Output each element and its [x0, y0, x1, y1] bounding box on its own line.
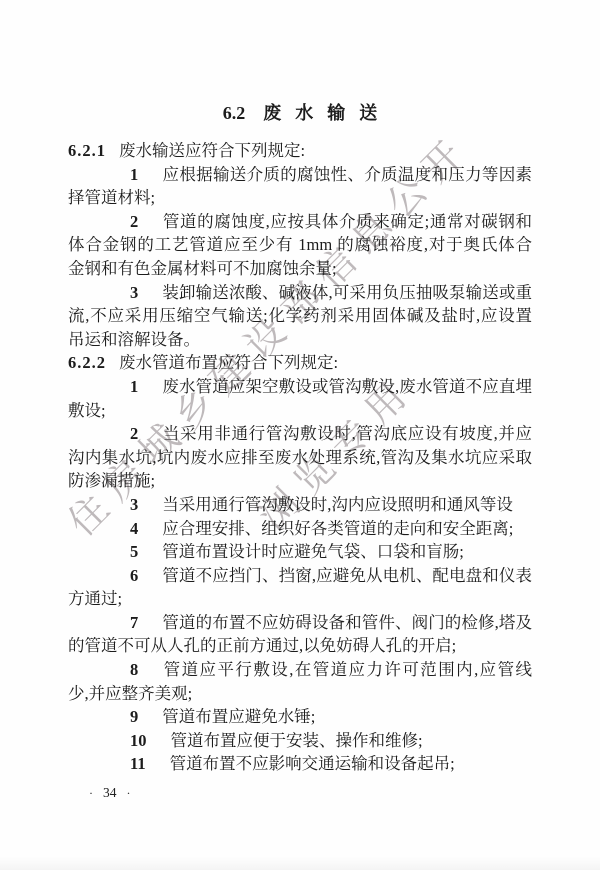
line-text: 管道布置设计时应避免气袋、口袋和盲肠;: [162, 542, 464, 561]
item-number: 10: [130, 731, 147, 750]
item-line: 4应合理安排、组织好各类管道的走向和安全距离;: [68, 517, 532, 541]
item-line: 8管道应平行敷设,在管道应力许可范围内,应管线短、管件: [68, 658, 532, 682]
line-text: 废水管道应架空敷设或管沟敷设,废水管道不应直埋: [162, 377, 532, 396]
item-number: 1: [130, 165, 138, 184]
item-line: 3当采用通行管沟敷设时,沟内应设照明和通风等设施;: [68, 493, 532, 517]
item-number: 4: [130, 519, 138, 538]
clause-number: 6.2.1: [68, 141, 106, 160]
clause-line: 6.2.2废水管道布置应符合下列规定:: [68, 351, 532, 375]
continuation-line: 金钢和有色金属材料可不加腐蚀余量;: [68, 257, 532, 281]
footer-dot-right: ·: [127, 786, 131, 800]
line-text: 方通过;: [68, 589, 122, 608]
page-footer: ·34·: [84, 785, 136, 801]
scanned-document-page: 住房城乡建设部信息公开 浏览专用 6.2废水输送 6.2.1废水输送应符合下列规…: [0, 0, 600, 870]
item-number: 2: [130, 424, 138, 443]
continuation-line: 少,并应整齐美观;: [68, 682, 532, 706]
clause-number: 6.2.2: [68, 353, 106, 372]
continuation-line: 防渗漏措施;: [68, 469, 532, 493]
line-text: 金钢和有色金属材料可不加腐蚀余量;: [68, 259, 337, 278]
item-line: 9管道布置应避免水锤;: [68, 705, 532, 729]
item-number: 11: [130, 754, 146, 773]
continuation-line: 方通过;: [68, 587, 532, 611]
line-text: 管道的腐蚀度,应按具体介质来确定;通常对碳钢和铁素: [130, 212, 532, 234]
continuation-line: 流,不应采用压缩空气输送;化学药剂采用固体碱及盐时,应设置: [68, 304, 532, 328]
item-number: 3: [130, 495, 138, 514]
item-number: 7: [130, 613, 138, 632]
item-line: 2当采用非通行管沟敷设时,管沟底应设有坡度,并应坡向: [68, 422, 532, 446]
line-text: 吊运和溶解设备。: [68, 330, 200, 349]
item-number: 6: [130, 566, 138, 585]
line-text: 废水输送应符合下列规定:: [119, 141, 305, 160]
line-text: 的管道不可从人孔的正前方通过,以免妨碍人孔的开启;: [68, 636, 456, 655]
line-text: 装卸输送浓酸、碱液体,可采用负压抽吸泵输送或重力自: [130, 283, 532, 305]
line-text: 敷设;: [68, 401, 106, 420]
continuation-line: 吊运和溶解设备。: [68, 328, 532, 352]
line-text: 择管道材料;: [68, 188, 155, 207]
line-text: 管道的布置不应妨碍设备和管件、阀门的检修,塔及容器: [130, 613, 532, 635]
line-text: 管道布置应便于安装、操作和维修;: [171, 731, 423, 750]
continuation-line: 择管道材料;: [68, 186, 532, 210]
continuation-line: 的管道不可从人孔的正前方通过,以免妨碍人孔的开启;: [68, 634, 532, 658]
item-number: 9: [130, 707, 138, 726]
line-text: 防渗漏措施;: [68, 471, 155, 490]
line-text: 少,并应整齐美观;: [68, 684, 192, 703]
line-text: 管道不应挡门、挡窗,应避免从电机、配电盘和仪表盘的上: [130, 566, 532, 588]
continuation-line: 沟内集水坑,坑内废水应排至废水处理系统,管沟及集水坑应采取: [68, 446, 532, 470]
item-line: 2管道的腐蚀度,应按具体介质来确定;通常对碳钢和铁素: [68, 210, 532, 234]
item-number: 3: [130, 283, 138, 302]
section-heading: 6.2废水输送: [68, 102, 532, 124]
line-text: 当采用通行管沟敷设时,沟内应设照明和通风等设施;: [130, 495, 513, 517]
item-line: 5管道布置设计时应避免气袋、口袋和盲肠;: [68, 540, 532, 564]
line-text: 当采用非通行管沟敷设时,管沟底应设有坡度,并应坡向: [130, 424, 532, 446]
footer-dot-left: ·: [89, 786, 93, 800]
item-line: 10管道布置应便于安装、操作和维修;: [68, 729, 532, 753]
line-text: 体合金钢的工艺管道应至少有 1mm 的腐蚀裕度,对于奥氏体合: [68, 235, 532, 254]
item-line: 1废水管道应架空敷设或管沟敷设,废水管道不应直埋: [68, 375, 532, 399]
item-line: 11管道布置不应影响交通运输和设备起吊;: [68, 752, 532, 776]
document-lines: 6.2.1废水输送应符合下列规定:1应根据输送介质的腐蚀性、介质温度和压力等因素…: [68, 139, 532, 776]
line-text: 流,不应采用压缩空气输送;化学药剂采用固体碱及盐时,应设置: [68, 306, 532, 325]
line-text: 管道布置不应影响交通运输和设备起吊;: [170, 754, 455, 773]
line-text: 废水管道布置应符合下列规定:: [119, 353, 338, 372]
section-number: 6.2: [223, 103, 246, 123]
item-number: 5: [130, 542, 138, 561]
continuation-line: 敷设;: [68, 399, 532, 423]
item-number: 8: [130, 660, 138, 679]
clause-line: 6.2.1废水输送应符合下列规定:: [68, 139, 532, 163]
line-text: 应根据输送介质的腐蚀性、介质温度和压力等因素合理选: [130, 165, 532, 187]
item-line: 6管道不应挡门、挡窗,应避免从电机、配电盘和仪表盘的上: [68, 564, 532, 588]
line-text: 沟内集水坑,坑内废水应排至废水处理系统,管沟及集水坑应采取: [68, 448, 532, 467]
section-title: 废水输送: [263, 103, 391, 123]
line-text: 管道应平行敷设,在管道应力许可范围内,应管线短、管件: [130, 660, 532, 682]
item-number: 2: [130, 212, 138, 231]
continuation-line: 体合金钢的工艺管道应至少有 1mm 的腐蚀裕度,对于奥氏体合: [68, 233, 532, 257]
line-text: 管道布置应避免水锤;: [162, 707, 315, 726]
item-number: 1: [130, 377, 138, 396]
item-line: 3装卸输送浓酸、碱液体,可采用负压抽吸泵输送或重力自: [68, 281, 532, 305]
line-text: 应合理安排、组织好各类管道的走向和安全距离;: [162, 519, 513, 538]
item-line: 7管道的布置不应妨碍设备和管件、阀门的检修,塔及容器: [68, 611, 532, 635]
document-content: 6.2废水输送 6.2.1废水输送应符合下列规定:1应根据输送介质的腐蚀性、介质…: [68, 102, 532, 776]
page-number: 34: [103, 785, 117, 800]
item-line: 1应根据输送介质的腐蚀性、介质温度和压力等因素合理选: [68, 163, 532, 187]
